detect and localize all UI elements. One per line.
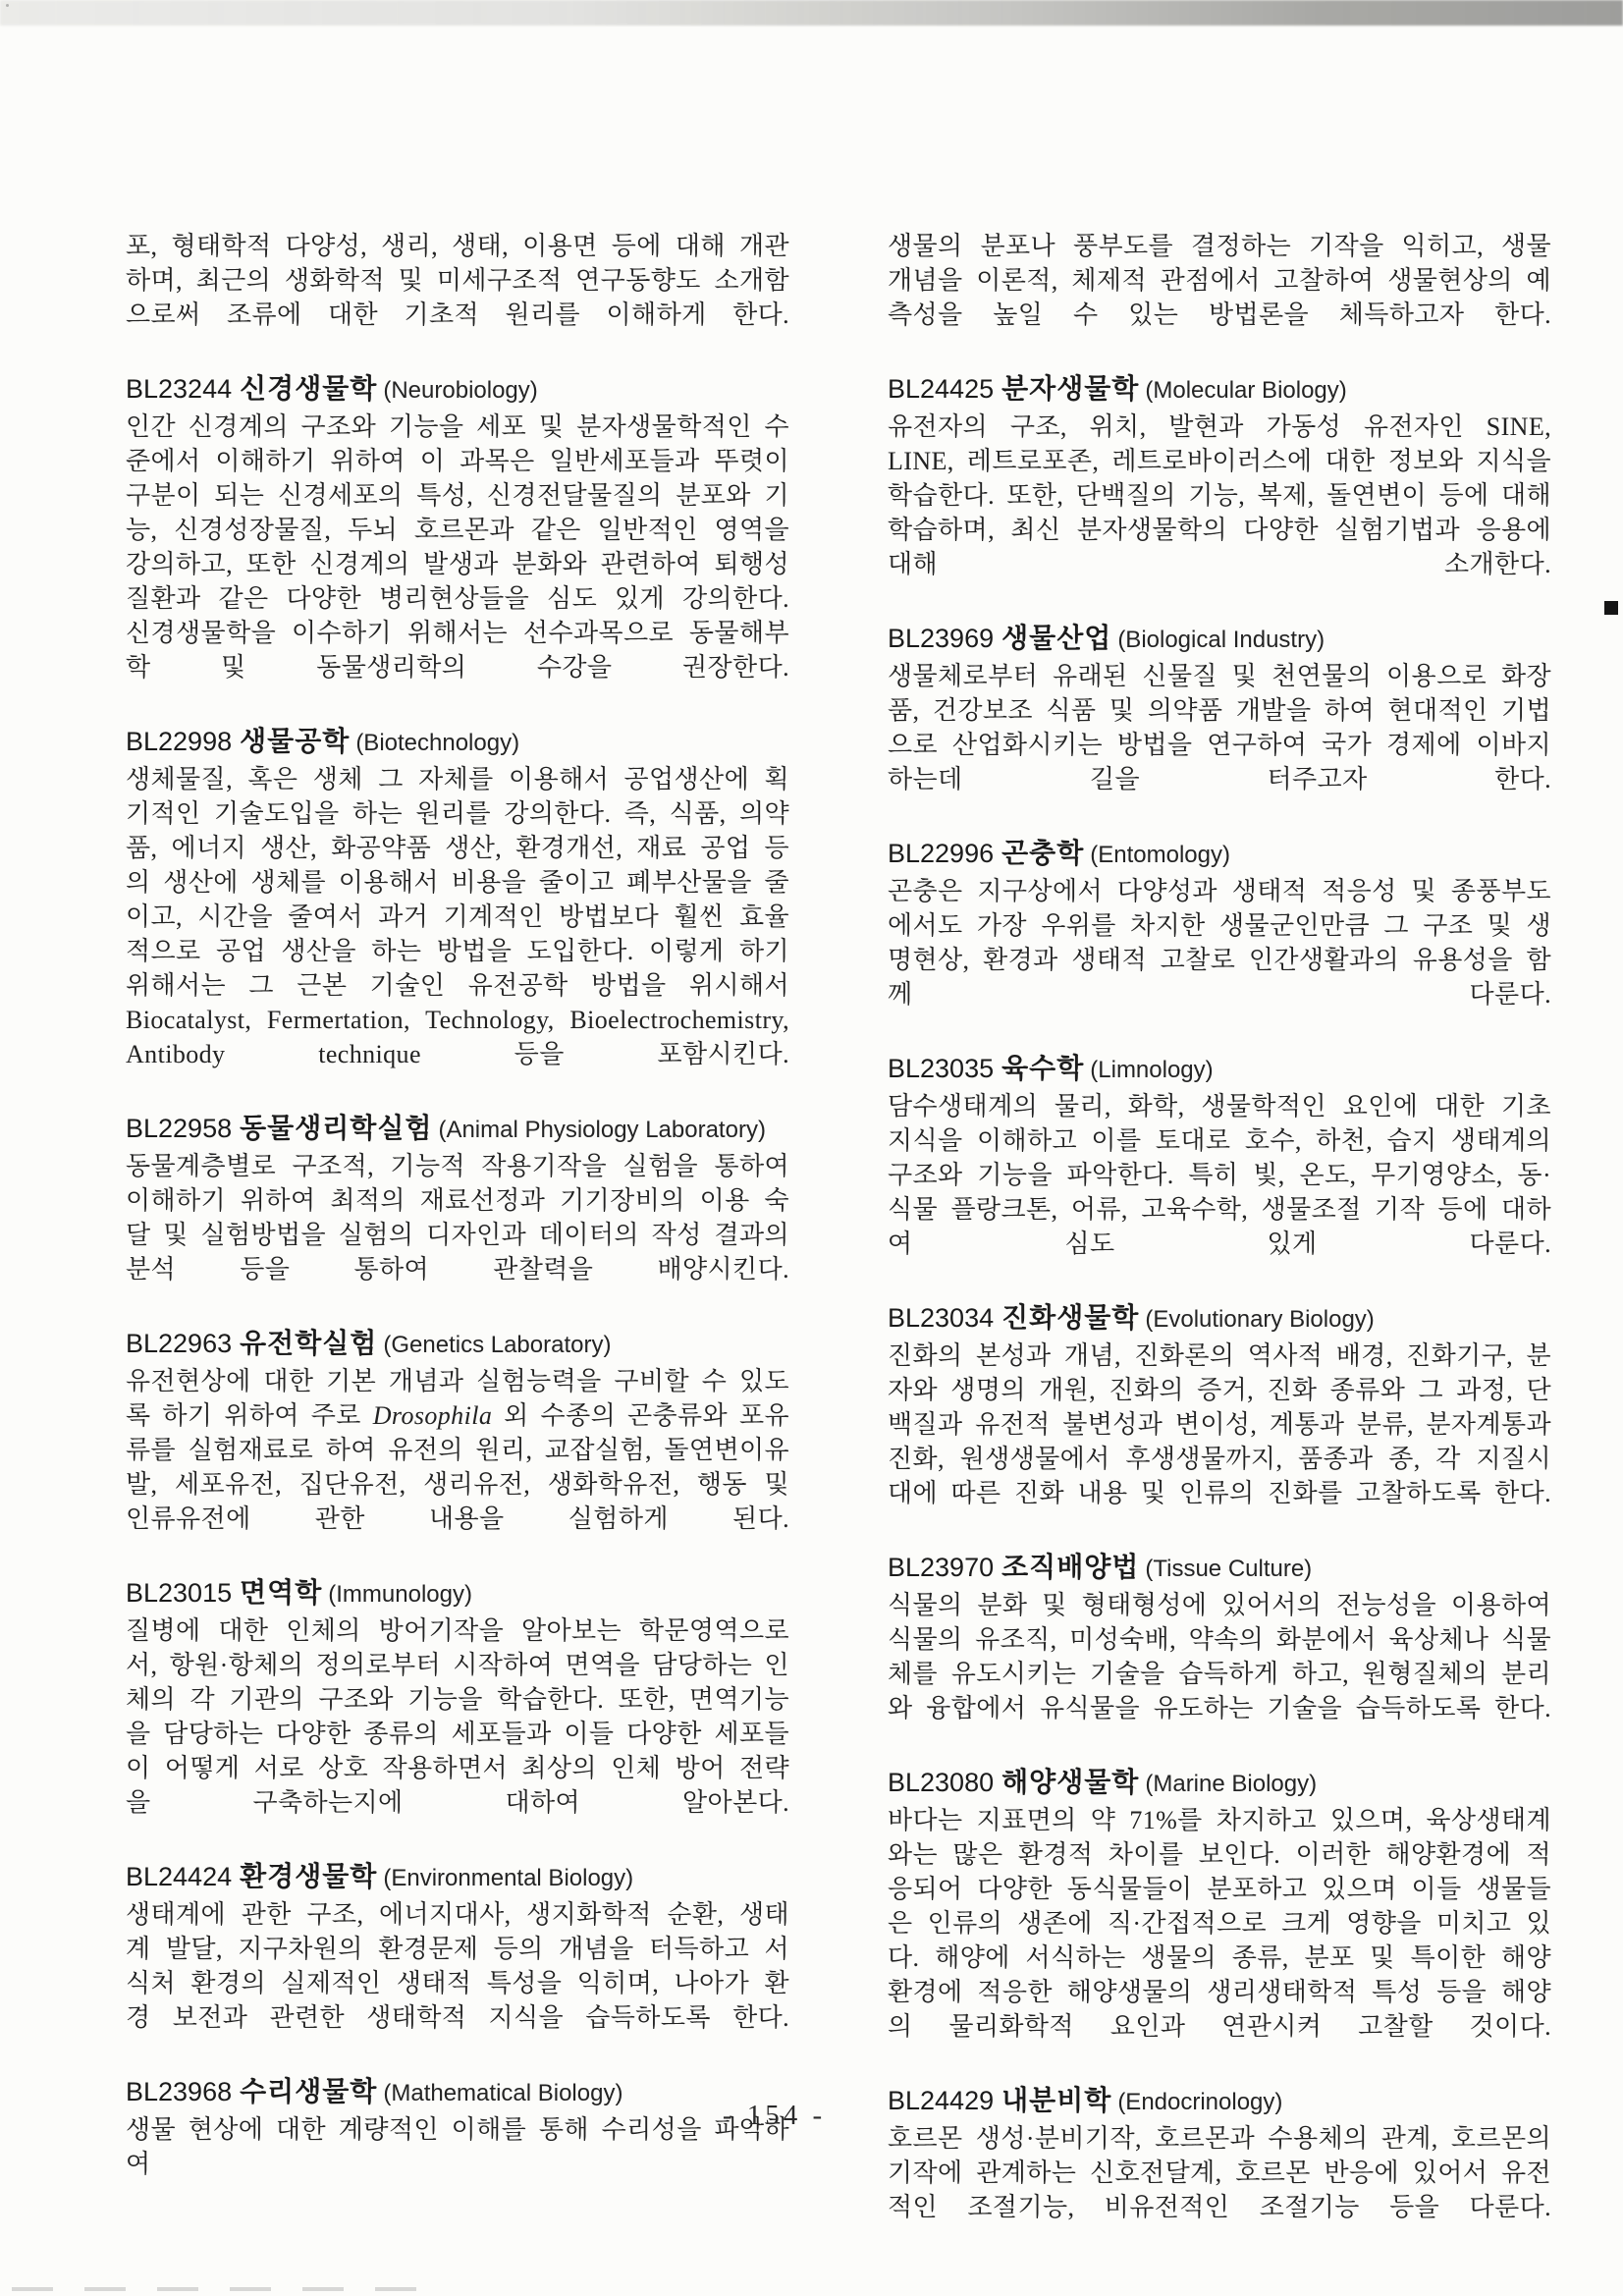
page-number: - 154 - [0, 2100, 1586, 2132]
course-description: 진화의 본성과 개념, 진화론의 역사적 배경, 진화기구, 분자와 생명의 개… [888, 1339, 1551, 1545]
course-title-ko: 곤충학 [1001, 838, 1084, 868]
scanned-catalog-page: 포, 형태학적 다양성, 생리, 생태, 이용면 등에 대해 개관하며, 최근의… [0, 0, 1623, 2296]
course-heading: BL22963유전학실험(Genetics Laboratory) [126, 1326, 789, 1362]
course-title-en: (Marine Biology) [1145, 1771, 1317, 1797]
course-title-ko: 해양생물학 [1001, 1767, 1139, 1797]
course-title-ko: 환경생물학 [240, 1861, 377, 1891]
course-title-en: (Evolutionary Biology) [1145, 1306, 1374, 1333]
course-description: 바다는 지표면의 약 71%를 차지하고 있으며, 육상생태계와는 많은 환경적… [888, 1803, 1551, 2078]
paragraph-continuation: 생물의 분포나 풍부도를 결정하는 기작을 익히고, 생물 개념을 이론적, 체… [888, 229, 1551, 366]
course-heading: BL23080해양생물학(Marine Biology) [888, 1765, 1551, 1801]
course-description: 동물계층별로 구조적, 기능적 작용기작을 실험을 통하여 이해하기 위하여 최… [126, 1149, 789, 1321]
course-title-ko: 면역학 [240, 1577, 322, 1608]
course-title-ko: 생물산업 [1001, 623, 1111, 653]
course-title-en: (Biological Industry) [1117, 627, 1325, 653]
course-title-en: (Limnology) [1090, 1057, 1213, 1083]
course-code: BL22963 [126, 1329, 232, 1358]
course-title-en: (Environmental Biology) [383, 1865, 633, 1891]
course-description: 생체물질, 혹은 생체 그 자체를 이용해서 공업생산에 획기적인 기술도입을 … [126, 762, 789, 1106]
course-title-en: (Animal Physiology Laboratory) [438, 1117, 765, 1143]
scan-artifact-bottom-dashes [12, 2287, 444, 2291]
course-description: 유전현상에 대한 기본 개념과 실험능력을 구비할 수 있도록 하기 위하여 주… [126, 1364, 789, 1570]
course-description: 유전자의 구조, 위치, 발현과 가동성 유전자인 SINE, LINE, 레트… [888, 410, 1551, 616]
course-code: BL24424 [126, 1862, 232, 1891]
course-description: 생태계에 관한 구조, 에너지대사, 생지화학적 순환, 생태계 발달, 지구차… [126, 1897, 789, 2069]
course-description: 호르몬 생성·분비기작, 호르몬과 수용체의 관계, 호르몬의 기작에 관계하는… [888, 2121, 1551, 2259]
course-heading: BL22996곤충학(Entomology) [888, 836, 1551, 872]
course-heading: BL23015면역학(Immunology) [126, 1575, 789, 1612]
course-heading: BL23034진화생물학(Evolutionary Biology) [888, 1300, 1551, 1337]
course-heading: BL22958동물생리학실험(Animal Physiology Laborat… [126, 1111, 789, 1147]
course-heading: BL23035육수학(Limnology) [888, 1051, 1551, 1087]
course-title-ko: 육수학 [1001, 1053, 1084, 1083]
course-title-en: (Neurobiology) [383, 377, 537, 404]
course-title-ko: 유전학실험 [240, 1328, 377, 1358]
course-code: BL22996 [888, 839, 994, 868]
course-heading: BL23244신경생물학(Neurobiology) [126, 371, 789, 408]
course-description: 곤충은 지구상에서 다양성과 생태적 적응성 및 종풍부도에서도 가장 우위를 … [888, 874, 1551, 1046]
course-title-en: (Entomology) [1090, 842, 1230, 868]
course-title-ko: 신경생물학 [240, 373, 377, 404]
course-description: 식물의 분화 및 형태형성에 있어서의 전능성을 이용하여 식물의 유조직, 미… [888, 1588, 1551, 1760]
right-column: 생물의 분포나 풍부도를 결정하는 기작을 익히고, 생물 개념을 이론적, 체… [888, 229, 1551, 2259]
course-code: BL23080 [888, 1768, 994, 1797]
course-title-en: (Biotechnology) [355, 730, 519, 756]
course-code: BL23015 [126, 1578, 232, 1608]
course-description: 생물체로부터 유래된 신물질 및 천연물의 이용으로 화장품, 건강보조 식품 … [888, 659, 1551, 831]
scan-noise-band-top [0, 0, 1623, 26]
course-heading: BL24425분자생물학(Molecular Biology) [888, 371, 1551, 408]
course-code: BL23970 [888, 1553, 994, 1582]
paragraph-continuation: 포, 형태학적 다양성, 생리, 생태, 이용면 등에 대해 개관하며, 최근의… [126, 229, 789, 366]
course-code: BL23034 [888, 1303, 994, 1333]
course-code: BL23035 [888, 1054, 994, 1083]
course-code: BL23969 [888, 624, 994, 653]
course-code: BL22998 [126, 727, 232, 756]
course-title-ko: 분자생물학 [1001, 373, 1139, 404]
course-title-en: (Tissue Culture) [1145, 1556, 1312, 1582]
course-description: 인간 신경계의 구조와 기능을 세포 및 분자생물학적인 수준에서 이해하기 위… [126, 410, 789, 719]
left-column: 포, 형태학적 다양성, 생리, 생태, 이용면 등에 대해 개관하며, 최근의… [126, 229, 789, 2259]
course-title-en: (Immunology) [328, 1581, 472, 1608]
course-heading: BL23970조직배양법(Tissue Culture) [888, 1550, 1551, 1586]
course-description: 담수생태계의 물리, 화학, 생물학적인 요인에 대한 기초 지식을 이해하고 … [888, 1089, 1551, 1295]
course-title-ko: 진화생물학 [1001, 1302, 1139, 1333]
course-code: BL22958 [126, 1114, 232, 1143]
course-description: 질병에 대한 인체의 방어기작을 알아보는 학문영역으로서, 항원·항체의 정의… [126, 1613, 789, 1854]
course-title-ko: 생물공학 [240, 726, 350, 756]
course-heading: BL23969생물산업(Biological Industry) [888, 621, 1551, 657]
course-heading: BL22998생물공학(Biotechnology) [126, 724, 789, 760]
scan-speck [6, 4, 9, 7]
course-title-en: (Genetics Laboratory) [383, 1332, 611, 1358]
course-code: BL24425 [888, 374, 994, 404]
course-title-en: (Molecular Biology) [1145, 377, 1346, 404]
course-title-ko: 동물생리학실험 [240, 1113, 432, 1143]
course-code: BL23244 [126, 374, 232, 404]
text-columns: 포, 형태학적 다양성, 생리, 생태, 이용면 등에 대해 개관하며, 최근의… [126, 229, 1551, 2259]
scan-artifact-square [1604, 601, 1618, 615]
course-heading: BL24424환경생물학(Environmental Biology) [126, 1859, 789, 1895]
course-title-ko: 조직배양법 [1001, 1552, 1139, 1582]
